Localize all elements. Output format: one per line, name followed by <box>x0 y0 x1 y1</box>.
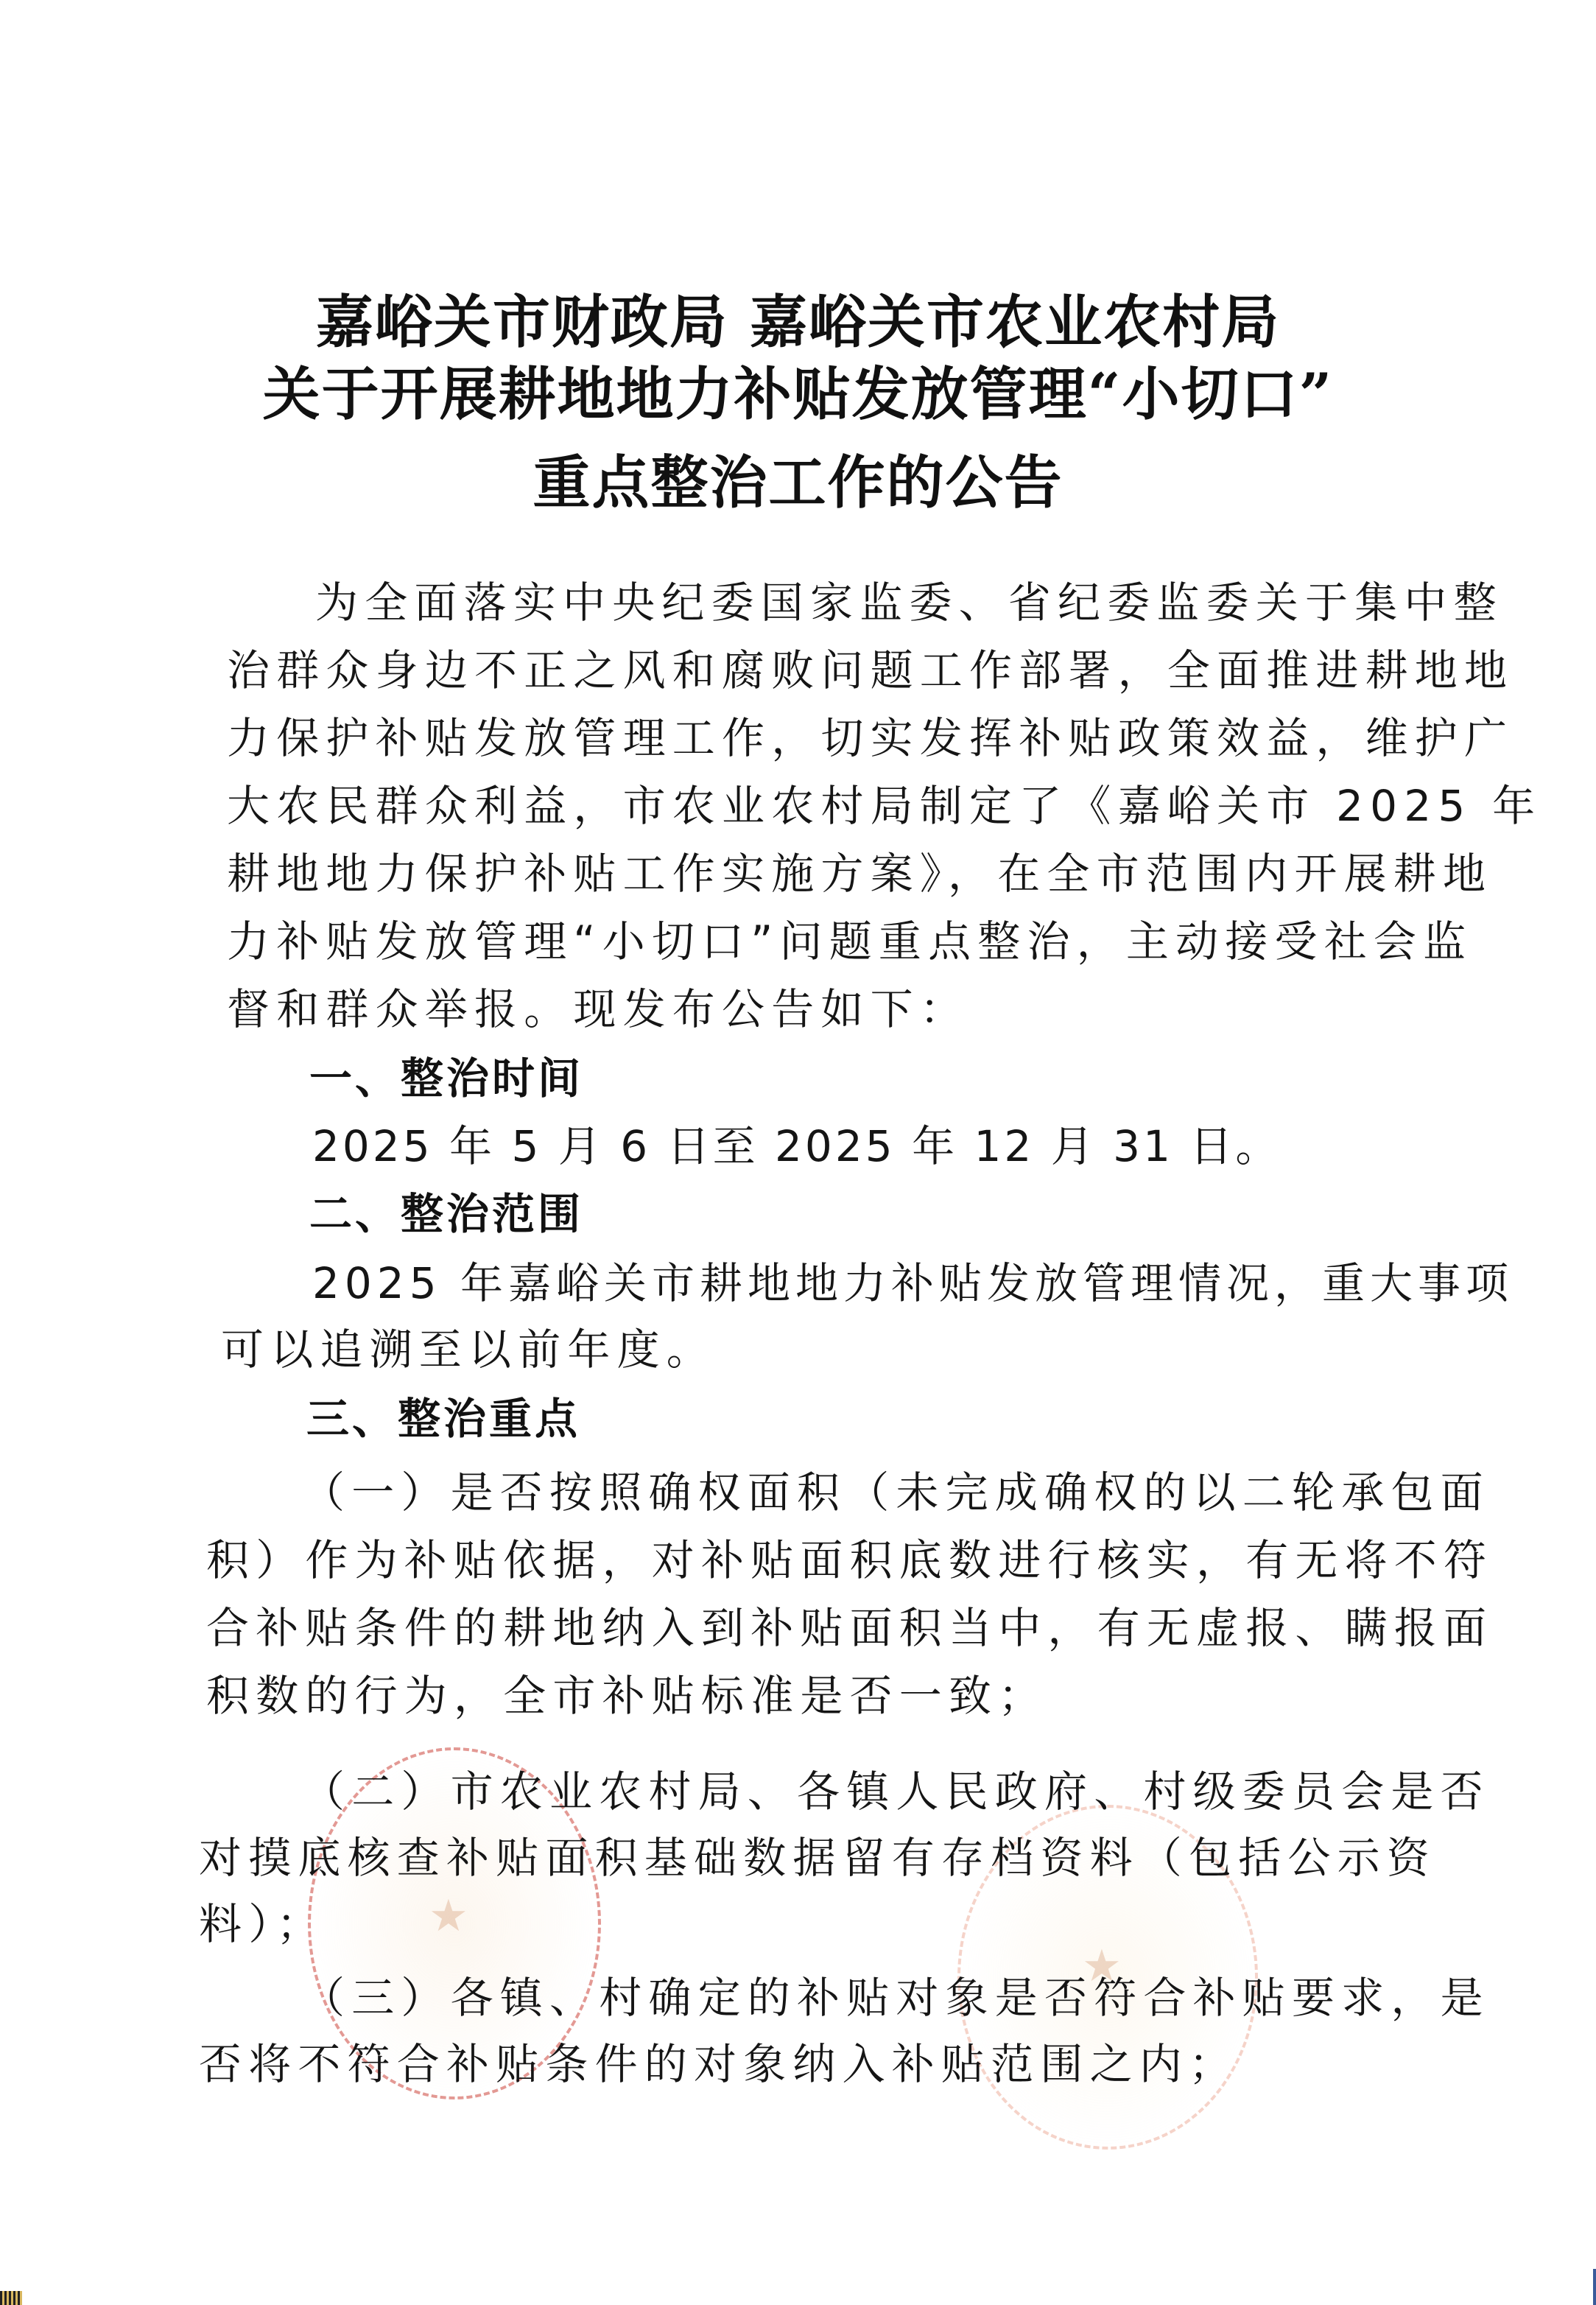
focus-item-3-line: 否将不符合补贴条件的对象纳入补贴范围之内； <box>199 2038 1238 2091</box>
document-title-line-2: 关于开展耕地地力补贴发放管理“小切口” <box>0 359 1596 430</box>
section-heading-scope: 二、整治范围 <box>309 1187 583 1241</box>
focus-item-1-line: 合补贴条件的耕地纳入到补贴面积当中，有无虚报、瞒报面 <box>206 1601 1493 1655</box>
intro-line: 督和群众举报。现发布公告如下： <box>227 983 969 1036</box>
focus-item-1-line: 积）作为补贴依据，对补贴面积底数进行核实，有无将不符 <box>206 1534 1493 1587</box>
section-scope-line: 2025 年嘉峪关市耕地地力补贴发放管理情况，重大事项 <box>312 1257 1514 1310</box>
intro-line: 治群众身边不正之风和腐败问题工作部署，全面推进耕地地 <box>227 644 1514 697</box>
section-heading-focus: 三、整治重点 <box>306 1392 580 1445</box>
document-page: ★ ★ 嘉峪关市财政局 嘉峪关市农业农村局 关于开展耕地地力补贴发放管理“小切口… <box>0 0 1596 2305</box>
intro-line: 大农民群众利益，市农业农村局制定了《嘉峪关市 2025 年 <box>227 779 1541 832</box>
section-time-text: 2025 年 5 月 6 日至 2025 年 12 月 31 日。 <box>312 1120 1281 1173</box>
intro-line: 为全面落实中央纪委国家监委、省纪委监委关于集中整 <box>315 576 1503 629</box>
focus-item-2-line: 料）； <box>199 1898 326 1951</box>
focus-item-1-line: 积数的行为，全市补贴标准是否一致； <box>206 1669 1047 1722</box>
seal-star-icon: ★ <box>429 1890 468 1942</box>
focus-item-2-line: 对摸底核查补贴面积基础数据留有存档资料（包括公示资 <box>199 1831 1436 1884</box>
focus-item-2-line: （二）市农业农村局、各镇人民政府、村级委员会是否 <box>302 1765 1490 1818</box>
focus-item-3-line: （三）各镇、村确定的补贴对象是否符合补贴要求，是 <box>302 1971 1490 2024</box>
intro-line: 耕地地力保护补贴工作实施方案》，在全市范围内开展耕地 <box>227 847 1492 900</box>
focus-item-1-line: （一）是否按照确权面积（未完成确权的以二轮承包面 <box>302 1466 1490 1519</box>
section-heading-time: 一、整治时间 <box>309 1052 583 1105</box>
intro-line: 力补贴发放管理“小切口”问题重点整治，主动接受社会监 <box>227 915 1472 968</box>
document-title-line-1: 嘉峪关市财政局 嘉峪关市农业农村局 <box>0 287 1596 358</box>
intro-line: 力保护补贴发放管理工作，切实发挥补贴政策效益，维护广 <box>227 712 1514 765</box>
document-title-line-3: 重点整治工作的公告 <box>0 448 1596 519</box>
scan-edge-artifact <box>1593 2269 1596 2305</box>
section-scope-line: 可以追溯至以前年度。 <box>221 1323 716 1376</box>
scan-edge-artifact <box>0 2291 22 2305</box>
